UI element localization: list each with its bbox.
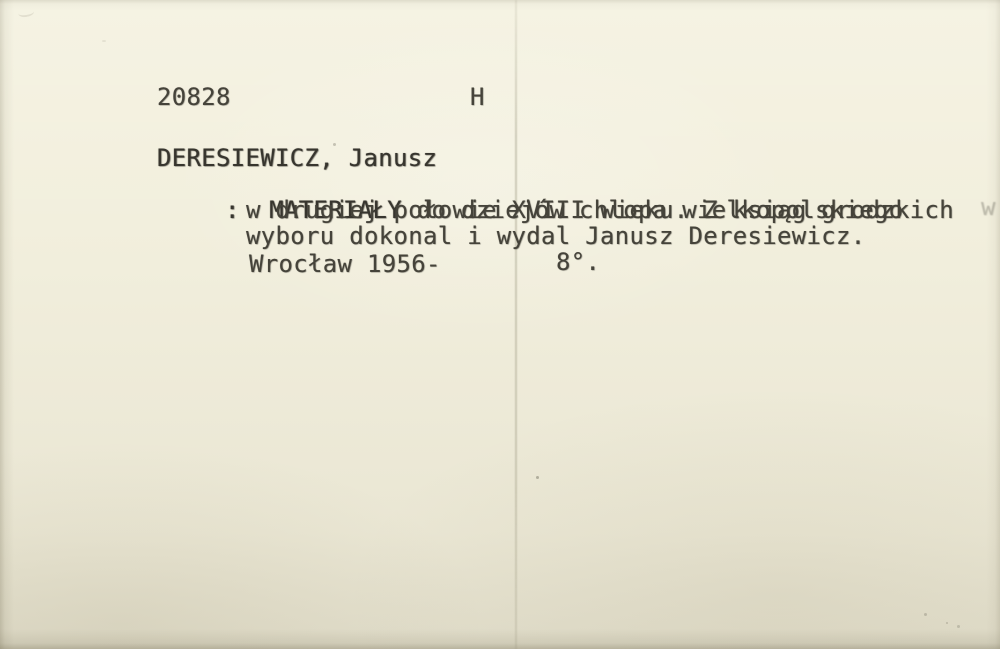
paper-speck bbox=[102, 40, 106, 42]
vertical-crease bbox=[515, 0, 517, 649]
paper-speck bbox=[924, 613, 927, 616]
title-line-3: wyboru dokonal i wydal Janusz Deresiewic… bbox=[246, 223, 865, 249]
imprint-line: Wrocław 1956- bbox=[249, 251, 441, 277]
paper-speck bbox=[536, 476, 539, 479]
format-designation: 8°. bbox=[556, 249, 600, 275]
edge-ghost-text: w bbox=[981, 194, 996, 220]
author-heading: DERESIEWICZ, Janusz bbox=[157, 145, 437, 171]
catalog-card-scan: 20828 H DERESIEWICZ, Janusz : MATERIAŁY … bbox=[0, 0, 1000, 649]
title-line-2: w drugiej połowie XVIII wieku. Z ksiąg g… bbox=[246, 197, 954, 223]
paper-speck bbox=[946, 622, 948, 624]
pencil-squiggle bbox=[17, 7, 34, 18]
section-letter: H bbox=[470, 84, 485, 110]
paper-speck bbox=[957, 625, 960, 628]
call-number: 20828 bbox=[157, 84, 231, 110]
paper-speck bbox=[333, 143, 336, 146]
